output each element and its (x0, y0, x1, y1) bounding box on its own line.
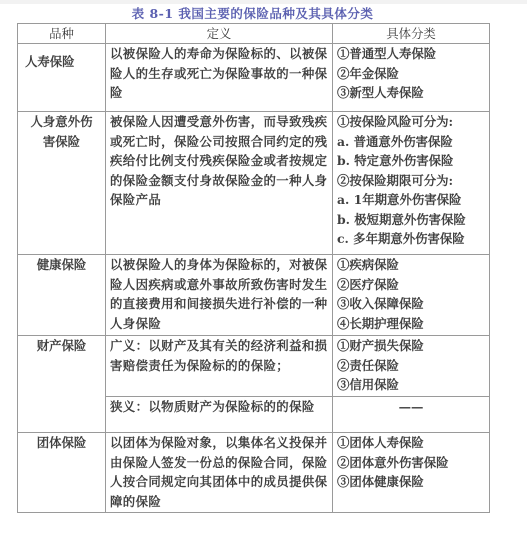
row-definition: 以团体为保险对象，以集体名义投保并由保险人签发一份总的保险合同，保险人按合同规定… (106, 433, 333, 513)
row-definition: 以被保险人的身体为保险标的，对被保险人因疾病或意外事故所致伤害时发生的直接费用和… (106, 255, 333, 336)
table-row-group: 团体保险 以团体为保险对象，以集体名义投保并由保险人签发一份总的保险合同，保险人… (18, 433, 490, 513)
class-item: ②团体意外伤害保险 (337, 453, 485, 473)
row-name: 财产保险 (18, 336, 106, 433)
class-item: ①财产损失保险 (337, 336, 485, 356)
class-item: ②责任保险 (337, 356, 485, 376)
table-row-health: 健康保险 以被保险人的身体为保险标的，对被保险人因疾病或意外事故所致伤害时发生的… (18, 255, 490, 336)
class-item: ③新型人寿保险 (337, 83, 485, 103)
table-row-property-broad: 财产保险 广义：以财产及其有关的经济利益和损害赔偿责任为保险标的的保险； ①财产… (18, 336, 490, 397)
header-definition: 定义 (106, 24, 333, 44)
table-caption: 表 8-1 我国主要的保险品种及其具体分类 (0, 4, 505, 22)
row-classification: ①团体人寿保险 ②团体意外伤害保险 ③团体健康保险 (333, 433, 490, 513)
class-item: ②年金保险 (337, 64, 485, 84)
class-item: a. 普通意外伤害保险 (337, 132, 485, 152)
table-row-life: 人寿保险 以被保险人的寿命为保险标的、以被保险人的生存或死亡为保险事故的一种保险… (18, 44, 490, 112)
row-definition: 狭义：以物质财产为保险标的的保险 (106, 397, 333, 433)
class-item: ③团体健康保险 (337, 472, 485, 492)
row-definition: 广义：以财产及其有关的经济利益和损害赔偿责任为保险标的的保险； (106, 336, 333, 397)
class-item: ②按保险期限可分为: (337, 171, 485, 191)
table-row-accident: 人身意外伤害保险 被保险人因遭受意外伤害，而导致残疾或死亡时，保险公司按照合同约… (18, 112, 490, 255)
class-item: ③收入保障保险 (337, 294, 485, 314)
class-item: ①普通型人寿保险 (337, 44, 485, 64)
class-item: b. 极短期意外伤害保险 (337, 210, 485, 230)
row-name: 人寿保险 (18, 44, 106, 112)
row-name: 人身意外伤害保险 (18, 112, 106, 255)
class-item: c. 多年期意外伤害保险 (337, 229, 485, 249)
class-item: ②医疗保险 (337, 275, 485, 295)
header-name: 品种 (18, 24, 106, 44)
class-item: ①按保险风险可分为: (337, 112, 485, 132)
class-item: a. 1年期意外伤害保险 (337, 190, 485, 210)
class-item: ①疾病保险 (337, 255, 485, 275)
row-classification: ①财产损失保险 ②责任保险 ③信用保险 (333, 336, 490, 397)
row-classification-empty: —— (333, 397, 490, 433)
class-item: ①团体人寿保险 (337, 433, 485, 453)
row-classification: ①普通型人寿保险 ②年金保险 ③新型人寿保险 (333, 44, 490, 112)
row-classification: ①疾病保险 ②医疗保险 ③收入保障保险 ④长期护理保险 (333, 255, 490, 336)
insurance-types-table: 品种 定义 具体分类 人寿保险 以被保险人的寿命为保险标的、以被保险人的生存或死… (17, 23, 490, 513)
header-row: 品种 定义 具体分类 (18, 24, 490, 44)
class-item: ④长期护理保险 (337, 314, 485, 334)
row-name: 团体保险 (18, 433, 106, 513)
class-item: b. 特定意外伤害保险 (337, 151, 485, 171)
header-classification: 具体分类 (333, 24, 490, 44)
row-classification: ①按保险风险可分为: a. 普通意外伤害保险 b. 特定意外伤害保险 ②按保险期… (333, 112, 490, 255)
row-definition: 被保险人因遭受意外伤害，而导致残疾或死亡时，保险公司按照合同约定的残疾给付比例支… (106, 112, 333, 255)
class-item: ③信用保险 (337, 375, 485, 395)
row-name: 健康保险 (18, 255, 106, 336)
row-definition: 以被保险人的寿命为保险标的、以被保险人的生存或死亡为保险事故的一种保险 (106, 44, 333, 112)
